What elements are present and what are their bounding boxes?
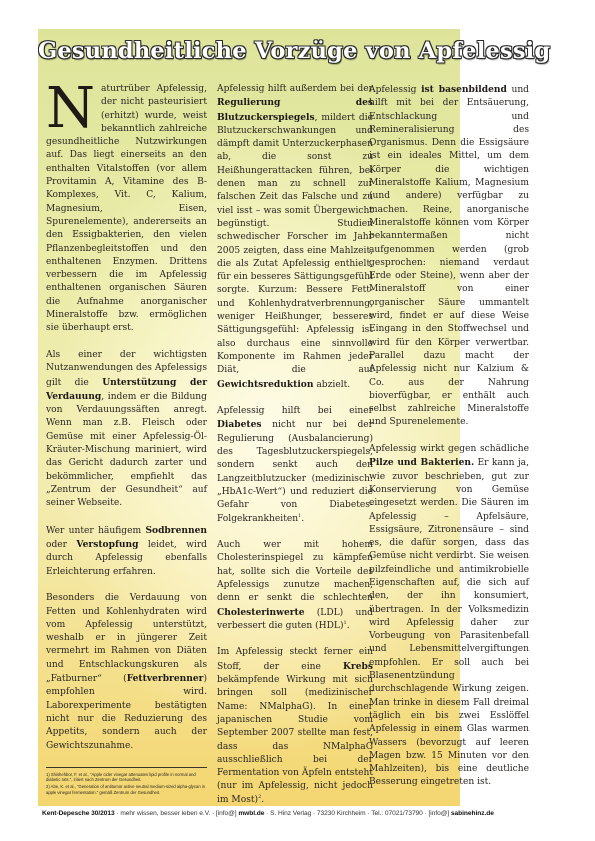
paragraph: Apfelessig hilft außerdem bei der Reguli… — [217, 83, 373, 392]
text-run: Apfelessig hilft bei einer — [217, 406, 373, 416]
paragraph: Besonders die Verdauung von Fetten und K… — [46, 592, 207, 753]
emphasis: Pilze und Bakterien. — [369, 457, 474, 468]
paragraph: Im Apfelessig steckt ferner ein Stoff, d… — [217, 646, 373, 807]
text-run: abzielt. — [313, 380, 350, 390]
text-run: , indem er die Bildung von Verdauungssäf… — [46, 392, 207, 508]
footnotes: 1) Shishehbor, F. et al., "Apple cider v… — [46, 767, 207, 797]
footer-text-2: · S. Hinz Verlag · 73230 Kirchheim · Tel… — [264, 810, 451, 817]
paragraph: Naturtrüber Apfelessig, der nicht pasteu… — [46, 83, 207, 336]
footer-issue: Kent-Depesche 30/2013 — [42, 810, 115, 817]
text-run: Besonders die Verdauung von Fetten und K… — [46, 593, 207, 684]
footnote-2: 2) Abe, K. et al., "Generation of antitu… — [46, 784, 207, 794]
emphasis: Sodbrennen — [145, 525, 207, 536]
text-run: Apfelessig wirkt gegen schädliche — [369, 444, 529, 454]
paragraph: Wer unter häufigem Sodbrennen oder Verst… — [46, 524, 207, 579]
article-title: Gesundheitliche Vorzüge von Apfelessig — [38, 38, 460, 64]
text-run: Apfelessig — [369, 85, 421, 95]
text-run: und hilft mit bei der Entsäuerung, Entsc… — [369, 85, 529, 427]
emphasis: Diabetes — [217, 419, 261, 430]
text-run: Wer unter häufigem — [46, 526, 145, 536]
drop-cap: N — [46, 86, 95, 132]
footer-link-sabinehinz[interactable]: sabinehinz.de — [451, 810, 494, 817]
paragraph: Apfelessig wirkt gegen schädliche Pilze … — [369, 443, 529, 790]
text-run: ) empfohlen wird. Laborexperimente bestä… — [46, 674, 207, 750]
text-run: oder — [46, 540, 76, 550]
text-run: nicht nur bei der Regulierung (Ausbalanc… — [217, 420, 373, 523]
text-run: . — [261, 795, 264, 805]
footnote-1: 1) Shishehbor, F. et al., "Apple cider v… — [46, 772, 207, 782]
page-footer: Kent-Depesche 30/2013 · mehr wissen, bes… — [42, 810, 557, 817]
article-column-3: Apfelessig ist basenbildend und hilft mi… — [369, 83, 529, 803]
paragraph: Auch wer mit hohem Cholesterinspiegel zu… — [217, 539, 373, 633]
text-run: Auch wer mit hohem Cholesterinspiegel zu… — [217, 540, 373, 603]
text-run: bekämpfende Wirkung mit sich bringen sol… — [217, 675, 373, 805]
text-run: Er kann ja, wie zuvor beschrieben, gut z… — [369, 458, 529, 787]
text-run: , mildert die Blutzuckerschwankungen und… — [217, 113, 373, 376]
paragraph: Apfelessig hilft bei einer Diabetes nich… — [217, 405, 373, 526]
emphasis: Gewichtsreduktion — [217, 379, 313, 390]
paragraph: Apfelessig ist basenbildend und hilft mi… — [369, 83, 529, 430]
paragraph: Als einer der wichtigsten Nutzanwendunge… — [46, 349, 207, 511]
text-run: Apfelessig hilft außerdem bei der — [217, 84, 373, 94]
emphasis: ist basenbildend — [421, 84, 507, 95]
emphasis: Cholesterinwerte — [217, 607, 305, 618]
footer-link-mwbl[interactable]: mwbl.de — [238, 810, 264, 817]
footer-text-1: · mehr wissen, besser leben e.V. · [info… — [115, 810, 239, 817]
article-column-1: Naturtrüber Apfelessig, der nicht pasteu… — [46, 83, 207, 766]
emphasis: Fettverbrenner — [127, 673, 204, 684]
text-run: . — [301, 514, 304, 524]
text-run: . — [347, 621, 350, 631]
article-column-2: Apfelessig hilft außerdem bei der Reguli… — [217, 83, 373, 820]
emphasis: Verstopfung — [76, 539, 138, 550]
